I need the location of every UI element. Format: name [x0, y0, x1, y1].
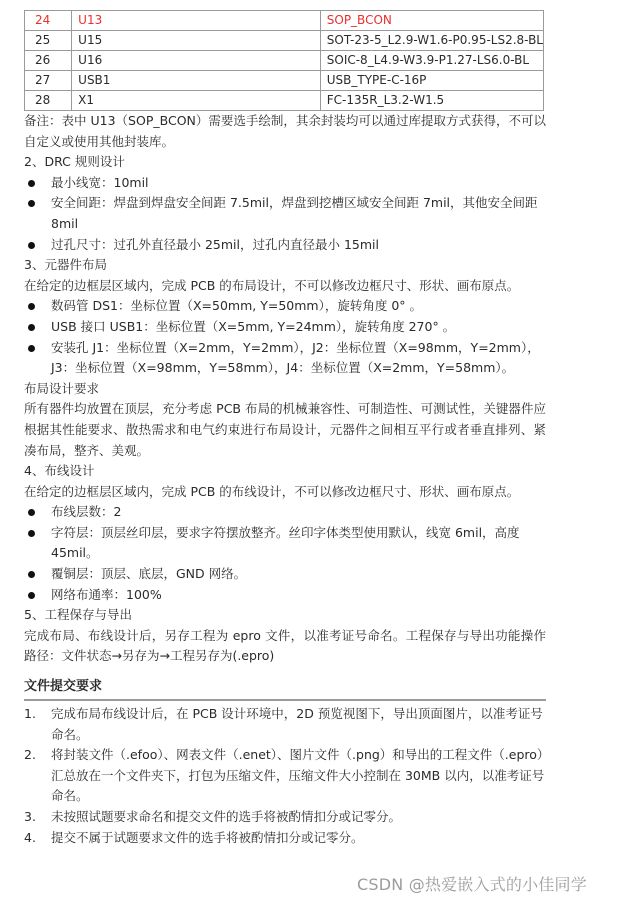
bullet-icon	[28, 530, 35, 537]
footprint-name: USB_TYPE-C-16P	[320, 71, 543, 91]
table-row: 25 U15 SOT-23-5_L2.9-W1.6-P0.95-LS2.8-BL	[25, 31, 544, 51]
component-ref: U15	[72, 31, 321, 51]
list-item: 数码管 DS1：坐标位置（X=50mm, Y=50mm），旋转角度 0° 。	[24, 296, 546, 317]
list-item: 网络布通率：100%	[24, 585, 546, 606]
layout-list: 数码管 DS1：坐标位置（X=50mm, Y=50mm），旋转角度 0° 。 U…	[24, 296, 546, 378]
list-item: 最小线宽：10mil	[24, 173, 546, 194]
row-number: 28	[25, 91, 72, 111]
list-item: 安全间距：焊盘到焊盘安全间距 7.5mil，焊盘到挖槽区域安全间距 7mil，其…	[24, 193, 546, 234]
document-page: 24 U13 SOP_BCON 25 U15 SOT-23-5_L2.9-W1.…	[24, 10, 546, 848]
bullet-icon	[28, 200, 35, 207]
list-item: 2.将封装文件（.efoo）、网表文件（.enet）、图片文件（.png）和导出…	[24, 745, 546, 807]
table-row: 27 USB1 USB_TYPE-C-16P	[25, 71, 544, 91]
footprint-name: SOT-23-5_L2.9-W1.6-P0.95-LS2.8-BL	[320, 31, 543, 51]
list-item: 过孔尺寸：过孔外直径最小 25mil，过孔内直径最小 15mil	[24, 235, 546, 256]
component-ref: USB1	[72, 71, 321, 91]
section-title-layout: 3、元器件布局	[24, 255, 546, 276]
footprint-name: SOIC-8_L4.9-W3.9-P1.27-LS6.0-BL	[320, 51, 543, 71]
layout-requirements-title: 布局设计要求	[24, 379, 546, 400]
list-item: 4.提交不属于试题要求文件的选手将被酌情扣分或记零分。	[24, 828, 546, 849]
list-item: 覆铜层：顶层、底层，GND 网络。	[24, 564, 546, 585]
section-title-save-export: 5、工程保存与导出	[24, 605, 546, 626]
drc-rules-list: 最小线宽：10mil 安全间距：焊盘到焊盘安全间距 7.5mil，焊盘到挖槽区域…	[24, 173, 546, 255]
layout-intro: 在给定的边框层区域内，完成 PCB 的布局设计，不可以修改边框尺寸、形状、画布原…	[24, 276, 546, 297]
csdn-watermark: CSDN @热爱嵌入式的小佳同学	[357, 872, 587, 895]
list-item: 1.完成布局布线设计后，在 PCB 设计环境中，2D 预览视图下，导出顶面图片，…	[24, 704, 546, 745]
bullet-icon	[28, 509, 35, 516]
list-item: USB 接口 USB1：坐标位置（X=5mm, Y=24mm），旋转角度 270…	[24, 317, 546, 338]
row-number: 26	[25, 51, 72, 71]
bullet-icon	[28, 592, 35, 599]
layout-requirements-text: 所有器件均放置在顶层，充分考虑 PCB 布局的机械兼容性、可制造性、可测试性，关…	[24, 399, 546, 461]
routing-intro: 在给定的边框层区域内，完成 PCB 的布线设计，不可以修改边框尺寸、形状、画布原…	[24, 482, 546, 503]
section-title-drc: 2、DRC 规则设计	[24, 152, 546, 173]
component-ref: X1	[72, 91, 321, 111]
list-item: 字符层：顶层丝印层，要求字符摆放整齐。丝印字体类型使用默认，线宽 6mil，高度…	[24, 523, 546, 564]
list-item: 3.未按照试题要求命名和提交文件的选手将被酌情扣分或记零分。	[24, 807, 546, 828]
table-row: 26 U16 SOIC-8_L4.9-W3.9-P1.27-LS6.0-BL	[25, 51, 544, 71]
bullet-icon	[28, 571, 35, 578]
row-number: 27	[25, 71, 72, 91]
bullet-icon	[28, 242, 35, 249]
save-export-text: 完成布局、布线设计后，另存工程为 epro 文件，以准考证号命名。工程保存与导出…	[24, 626, 546, 667]
footprint-name: SOP_BCON	[320, 11, 543, 31]
list-item: 安装孔 J1：坐标位置（X=2mm，Y=2mm），J2：坐标位置（X=98mm，…	[24, 338, 546, 379]
table-row: 24 U13 SOP_BCON	[25, 11, 544, 31]
section-title-routing: 4、布线设计	[24, 461, 546, 482]
component-ref: U16	[72, 51, 321, 71]
footprint-name: FC-135R_L3.2-W1.5	[320, 91, 543, 111]
footprint-table: 24 U13 SOP_BCON 25 U15 SOT-23-5_L2.9-W1.…	[24, 10, 544, 111]
row-number: 24	[25, 11, 72, 31]
list-item: 布线层数：2	[24, 502, 546, 523]
heading-divider	[24, 699, 546, 701]
component-ref: U13	[72, 11, 321, 31]
submission-list: 1.完成布局布线设计后，在 PCB 设计环境中，2D 预览视图下，导出顶面图片，…	[24, 704, 546, 848]
routing-list: 布线层数：2 字符层：顶层丝印层，要求字符摆放整齐。丝印字体类型使用默认，线宽 …	[24, 502, 546, 605]
row-number: 25	[25, 31, 72, 51]
bullet-icon	[28, 345, 35, 352]
bullet-icon	[28, 303, 35, 310]
submission-heading: 文件提交要求	[24, 677, 546, 697]
bullet-icon	[28, 324, 35, 331]
table-note: 备注：表中 U13（SOP_BCON）需要选手绘制，其余封装均可以通过库提取方式…	[24, 111, 546, 152]
bullet-icon	[28, 180, 35, 187]
table-row: 28 X1 FC-135R_L3.2-W1.5	[25, 91, 544, 111]
